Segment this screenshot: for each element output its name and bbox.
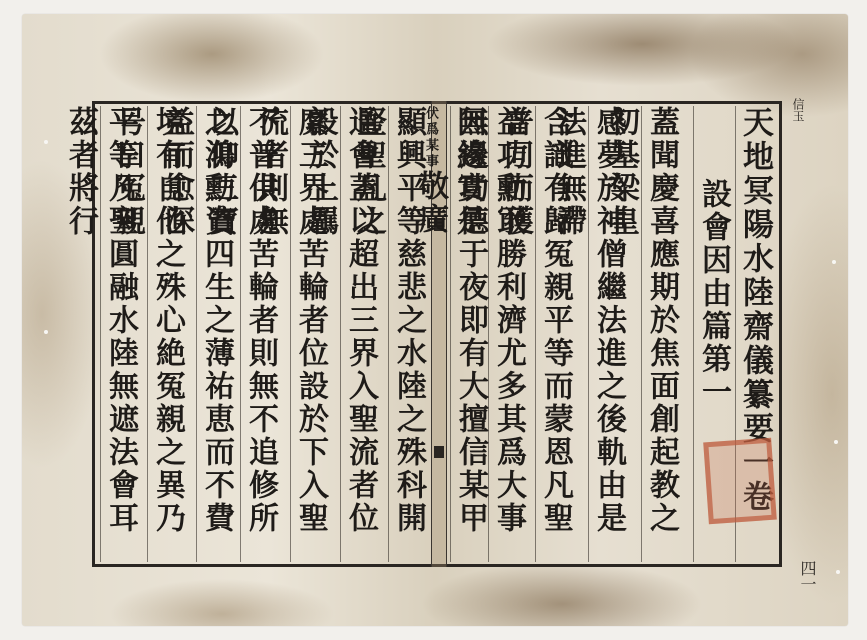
page-number: 四一 (796, 560, 819, 592)
text-column-12: 之鴻勳資四生之薄祐恵而不費益而愈深 (196, 106, 236, 562)
column-7-main: 無邊功德于夜即有大擅信某甲 (453, 106, 488, 535)
text-column-8: 顯興平等慈悲之水陸之殊科開豎聖凡之 (388, 106, 428, 562)
binding-hole (44, 330, 48, 334)
text-column-9: 通會蓋以超出三界入聖流者位設於上羈 (340, 106, 380, 562)
text-column-14: 平等凡聖圓融水陸無遮法會耳茲者將行 (100, 106, 140, 562)
text-column-10: 縻三界處苦輪者位設於下入聖流者則無 (290, 106, 330, 562)
fold-fishtail-mark-bottom (434, 446, 444, 458)
binding-hole (836, 570, 840, 574)
text-column-5: 含識有歸冤親平等而蒙恩凡聖普同而獲 (535, 106, 575, 562)
text-column-11: 不普供處苦輪者則無不追修所以仰三寶 (240, 106, 280, 562)
text-column-7: 無邊功德于夜即有大擅信某甲伏爲某事敬廣 (450, 106, 490, 562)
text-column-6: 益功勳冣勝利濟尤多其爲大事因緣實是 (488, 106, 528, 562)
margin-note-top-right: 信玉 (790, 98, 807, 122)
binding-hole (832, 260, 836, 264)
text-column-3: 蓋聞慶喜應期於焦面創起教之初基梁皇 (641, 106, 681, 562)
binding-hole (44, 140, 48, 144)
text-column-4: 感夢於神僧繼法進之後軌由是法進無滯 (588, 106, 628, 562)
text-column-13: 境有自他之殊心絶冤親之異乃号曰冤親 (147, 106, 187, 562)
binding-hole (834, 440, 838, 444)
red-collector-seal (703, 438, 777, 525)
